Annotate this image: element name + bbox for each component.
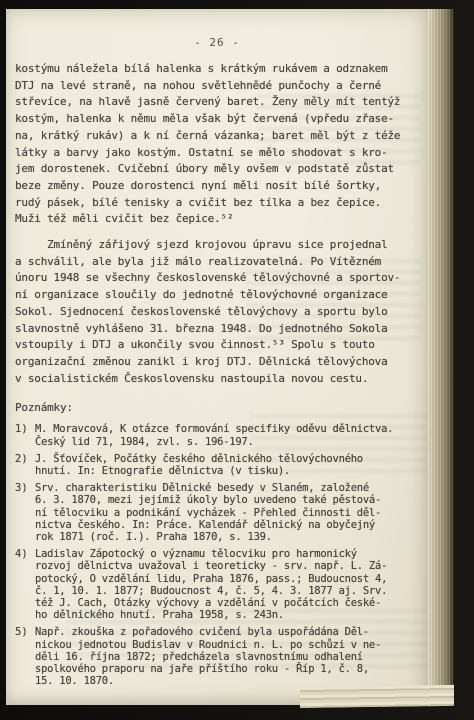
footnote-line: č. 1, 10. 1. 1877; Budoucnost 4, č. 5, 4… (35, 585, 419, 597)
footnote-line: 6. 3. 1870, mezi jejímiž úkoly bylo uved… (35, 494, 419, 506)
footnote-line: ho dělnického hnutí. Praha 1958, s. 243n… (35, 609, 419, 621)
page-content: - 26 - kostýmu náležela bílá halenka s k… (15, 9, 419, 687)
paragraph: kostýmu náležela bílá halenka s krátkým … (15, 61, 419, 228)
text-line: střevíce, na hlavě jasně červený baret. … (15, 94, 419, 111)
text-line: DTJ na levé straně, na nohou světlehnědé… (15, 78, 419, 95)
footnote-line: děli 16. října 1872; předcházela slavnos… (35, 651, 419, 663)
footnotes-section: Poznámky: 1)M. Moravcová, K otázce formo… (15, 401, 419, 687)
text-line: vstoupily i DTJ a ukončily svou činnost.… (15, 337, 419, 354)
footnote-line: spolkového praporu na jaře příštího roku… (35, 663, 419, 675)
text-line: organizační změnou zanikl i kroj DTJ. Dě… (15, 354, 419, 371)
text-line: v socialistickém Československu nastoupi… (15, 371, 419, 388)
footnote-line: J. Šťovíček, Počátky českého dělnického … (35, 453, 419, 465)
text-line: únoru 1948 se všechny československé těl… (15, 270, 419, 287)
body-text: kostýmu náležela bílá halenka s krátkým … (15, 61, 419, 387)
footnote-line: rozvoj dělnictva uvažoval i teoreticky -… (35, 560, 419, 572)
text-line: na, krátký rukáv) a k ní černá vázanka; … (15, 128, 419, 145)
text-line: a schválil, ale byla již málo realizovat… (15, 254, 419, 271)
text-line: slavnostně vyhlášeno 31. března 1948. Do… (15, 321, 419, 338)
text-line: kostýmu náležela bílá halenka s krátkým … (15, 61, 419, 78)
footnote-line: Srv. charakteristiku Dělnické besedy v S… (35, 482, 419, 494)
text-line: Muži též měli cvičit bez čepice.⁵² (15, 211, 419, 228)
photocopy-scene: - 26 - kostýmu náležela bílá halenka s k… (0, 0, 474, 720)
footnote-body: J. Šťovíček, Počátky českého dělnického … (35, 453, 419, 477)
footnote-line: M. Moravcová, K otázce formování specifi… (35, 423, 419, 435)
footnote: 5)Např. zkouška z pořadového cvičení byl… (15, 626, 419, 687)
footnote-line: nictva českého. In: Práce. Kalendář děln… (35, 519, 419, 531)
text-line: Zmíněný zářijový sjezd krojovou úpravu s… (15, 237, 419, 254)
footnote: 1)M. Moravcová, K otázce formování speci… (15, 423, 419, 447)
footnote-body: Ladislav Zápotocký o významu tělocviku p… (35, 548, 419, 621)
footnote-line: nickou jednotou Budislav v Roudnici n. L… (35, 639, 419, 651)
paragraph: Zmíněný zářijový sjezd krojovou úpravu s… (15, 237, 419, 387)
footnote-body: Např. zkouška z pořadového cvičení byla … (35, 626, 419, 687)
document-page: - 26 - kostýmu náležela bílá halenka s k… (6, 9, 430, 705)
footnote: 2)J. Šťovíček, Počátky českého dělnickéh… (15, 453, 419, 477)
footnote-line: též J. Cach, Otázky výchovy a vzdělání v… (35, 597, 419, 609)
footnotes-heading: Poznámky: (15, 401, 419, 414)
text-line: beze změny. Pouze dorostenci nyní měli n… (15, 178, 419, 195)
text-line: jem dorostenek. Cvičební úbory měly ovše… (15, 161, 419, 178)
footnote-number: 4) (15, 548, 35, 621)
footnote-number: 2) (15, 453, 35, 477)
footnote-number: 5) (15, 626, 35, 687)
footnote-line: rok 1871 (roč. I.). Praha 1870, s. 139. (35, 531, 419, 543)
footnote-line: ní tělocviku a podnikání vycházek - Přeh… (35, 507, 419, 519)
footnote-body: Srv. charakteristiku Dělnické besedy v S… (35, 482, 419, 543)
footnote: 3)Srv. charakteristiku Dělnické besedy v… (15, 482, 419, 543)
footnote-line: Ladislav Zápotocký o významu tělocviku p… (35, 548, 419, 560)
footnotes-list: 1)M. Moravcová, K otázce formování speci… (15, 423, 419, 687)
footnote-line: Český lid 71, 1984, zvl. s. 196-197. (35, 436, 419, 448)
page-number: - 26 - (15, 36, 419, 49)
page-stack-corner (300, 685, 454, 710)
book-page-edge (428, 9, 454, 707)
text-line: látky a barvy jako kostým. Ostatní se mě… (15, 145, 419, 162)
footnote-number: 3) (15, 482, 35, 543)
text-line: rudý pásek, bílé tenisky a cvičit bez tí… (15, 195, 419, 212)
text-line: ní organizace sloučily do jednotné tělov… (15, 287, 419, 304)
footnote-number: 1) (15, 423, 35, 447)
footnote-line: hnutí. In: Etnografie dělnictva (v tisku… (35, 465, 419, 477)
text-line: kostým, halenka k němu měla však být čer… (15, 111, 419, 128)
footnote-line: Např. zkouška z pořadového cvičení byla … (35, 626, 419, 638)
text-line: Sokol. Sjednocení československé tělovýc… (15, 304, 419, 321)
footnote-body: M. Moravcová, K otázce formování specifi… (35, 423, 419, 447)
footnote: 4)Ladislav Zápotocký o významu tělocviku… (15, 548, 419, 621)
footnote-line: potocký, O vzdělání lidu, Praha 1876, pa… (35, 573, 419, 585)
